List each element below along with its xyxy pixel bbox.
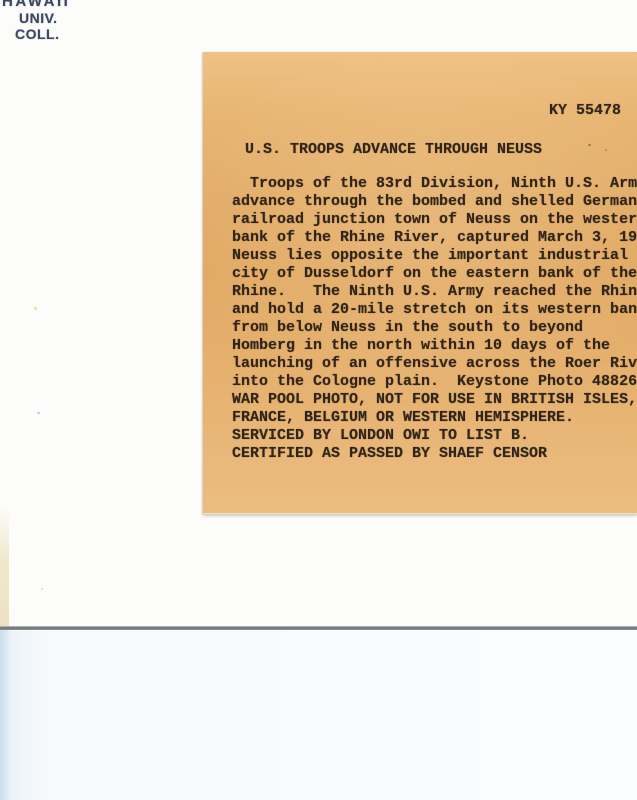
caption-line: FRANCE, BELGIUM OR WESTERN HEMISPHERE. [232, 409, 637, 427]
caption-body: Troops of the 83rd Division, Ninth U.S. … [232, 175, 637, 463]
caption-title: U.S. TROOPS ADVANCE THROUGH NEUSS [245, 141, 542, 158]
caption-line: railroad junction town of Neuss on the w… [232, 211, 637, 229]
caption-line: Troops of the 83rd Division, Ninth U.S. … [232, 175, 637, 193]
photo-id-number: KY 55478 [549, 102, 621, 119]
caption-line: advance through the bombed and shelled G… [232, 193, 637, 211]
stamp-line-hawaii: HAWAII [2, 0, 70, 10]
caption-line: and hold a 20-mile stretch on its wester… [232, 301, 637, 319]
caption-line: WAR POOL PHOTO, NOT FOR USE IN BRITISH I… [232, 391, 637, 409]
sheet-edge-highlight [0, 506, 9, 626]
dust-speck [605, 149, 607, 151]
library-stamp: HAWAII UNIV. COLL. [2, 0, 122, 60]
caption-line: Neuss lies opposite the important indust… [232, 247, 637, 265]
caption-line: Homberg in the north within 10 days of t… [232, 337, 637, 355]
caption-card: KY 55478 U.S. TROOPS ADVANCE THROUGH NEU… [203, 52, 637, 514]
caption-line: from below Neuss in the south to beyond [232, 319, 637, 337]
dust-speck [37, 412, 40, 414]
caption-line: into the Cologne plain. Keystone Photo 4… [232, 373, 637, 391]
lower-sheet-edge-tint [0, 630, 11, 800]
dust-speck [41, 588, 43, 590]
caption-line: bank of the Rhine River, captured March … [232, 229, 637, 247]
caption-line: launching of an offensive across the Roe… [232, 355, 637, 373]
caption-line: Rhine. The Ninth U.S. Army reached the R… [232, 283, 637, 301]
caption-line: SERVICED BY LONDON OWI TO LIST B. [232, 427, 637, 445]
caption-line: CERTIFIED AS PASSED BY SHAEF CENSOR [232, 445, 637, 463]
stamp-line-univ: UNIV. [19, 10, 58, 26]
lower-sheet [0, 630, 637, 800]
scanned-page: HAWAII UNIV. COLL. KY 55478 U.S. TROOPS … [0, 0, 637, 800]
dust-speck [34, 307, 37, 310]
stamp-line-coll: COLL. [15, 26, 60, 42]
caption-line: city of Dusseldorf on the eastern bank o… [232, 265, 637, 283]
dust-speck [588, 144, 591, 146]
